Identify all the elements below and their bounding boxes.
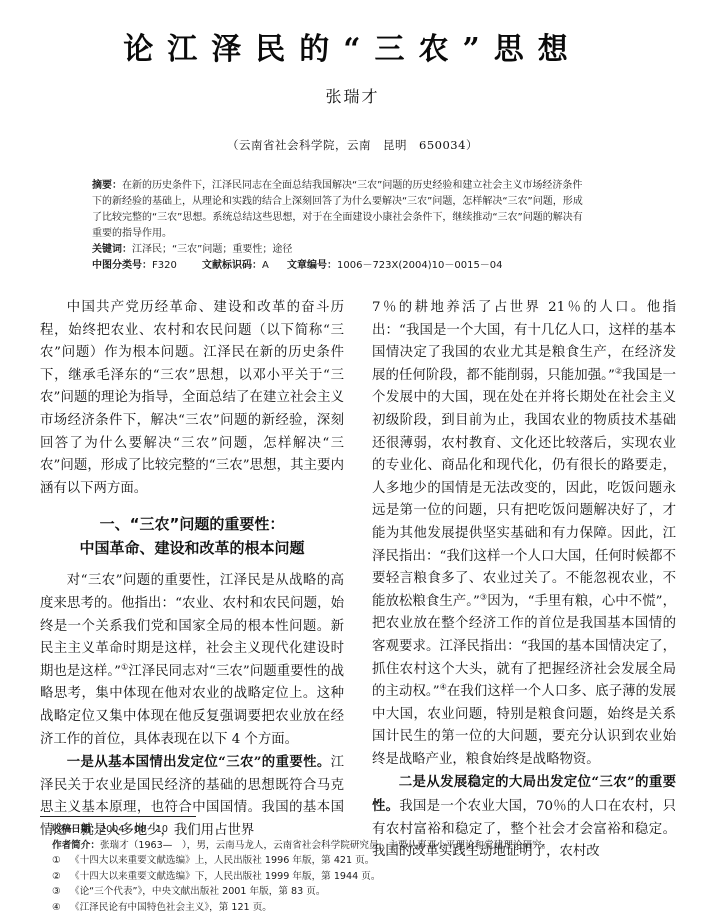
reference-number: ③: [52, 884, 70, 900]
article-title: 论江泽民的“三农”思想: [0, 24, 705, 68]
reference-item: ②《十四大以来重要文献选编》下，人民出版社 1999 年版，第 1944 页。: [52, 869, 652, 885]
footnotes-block: 收稿日期：2004－08－10 作者简介：张瑞才（1963— ），男，云南马龙人…: [52, 822, 652, 915]
clc-label: 中图分类号：: [92, 260, 152, 271]
reference-number: ④: [52, 900, 70, 916]
received-value: 2004－08－10: [100, 824, 168, 835]
body-column-right: 7％的耕地养活了占世界 21％的人口。他指出：“我国是一个大国，有十几亿人口，这…: [372, 297, 676, 864]
section-heading-line: 中国革命、建设和改革的根本问题: [40, 536, 344, 560]
received-date: 收稿日期：2004－08－10: [52, 822, 652, 838]
abstract-block: 摘要：在新的历史条件下，江泽民同志在全面总结我国解决“三农”问题的历史经验和建立…: [92, 178, 624, 274]
reference-number: ①: [52, 853, 70, 869]
keywords-line: 关键词：江泽民；“三农”问题；重要性；途径: [92, 242, 624, 258]
reference-text: 《十四大以来重要文献选编》下，人民出版社 1999 年版，第 1944 页。: [70, 871, 380, 882]
intro-paragraph: 中国共产党历经革命、建设和改革的奋斗历程，始终把农业、农村和农民问题（以下简称“…: [40, 297, 344, 500]
author-name: 张瑞才: [0, 84, 705, 107]
doc-code-label: 文献标识码：: [202, 260, 262, 271]
keywords-label: 关键词：: [92, 244, 132, 255]
section-heading-1: 一、“三农”问题的重要性： 中国革命、建设和改革的根本问题: [40, 512, 344, 560]
journal-page: 论江泽民的“三农”思想 张瑞才 （云南省社会科学院，云南 昆明 650034） …: [0, 0, 705, 920]
abstract-line: 重要的指导作用。: [92, 226, 624, 242]
article-number-label: 文章编号：: [287, 260, 337, 271]
clc-field: 中图分类号：F320: [92, 258, 202, 274]
paragraph-text: 我国是一个发展中的大国，现在处在并将长期处在社会主义初级阶段，到目前为止，我国农…: [372, 368, 676, 609]
author-affiliation: （云南省社会科学院，云南 昆明 650034）: [0, 137, 705, 153]
reference-item: ①《十四大以来重要文献选编》上，人民出版社 1996 年版，第 421 页。: [52, 853, 652, 869]
classification-row: 中图分类号：F320 文献标识码：A 文章编号：1006－723X(2004)1…: [92, 258, 624, 274]
reference-item: ③《论“三个代表”》，中央文献出版社 2001 年版，第 83 页。: [52, 884, 652, 900]
abstract-label: 摘要：: [92, 180, 122, 191]
article-number-value: 1006－723X(2004)10－0015－04: [337, 260, 503, 271]
body-paragraph: 对“三农”问题的重要性，江泽民是从战略的高度来思考的。他指出：“农业、农村和农民…: [40, 570, 344, 751]
bio-label: 作者简介：: [52, 840, 100, 851]
paragraph-lead: 一是从基本国情出发定位“三农”的重要性。: [67, 754, 331, 770]
clc-value: F320: [152, 260, 177, 271]
abstract-line: 了比较完整的“三农”思想。系统总结这些思想，对于在全面建设小康社会条件下，继续推…: [92, 210, 624, 226]
abstract-line: 摘要：在新的历史条件下，江泽民同志在全面总结我国解决“三农”问题的历史经验和建立…: [92, 178, 624, 194]
reference-text: 《论“三个代表”》，中央文献出版社 2001 年版，第 83 页。: [70, 886, 325, 897]
body-column-left: 中国共产党历经革命、建设和改革的奋斗历程，始终把农业、农村和农民问题（以下简称“…: [40, 297, 344, 842]
footnote-separator: [40, 816, 196, 817]
doc-code-value: A: [262, 260, 269, 271]
article-number-field: 文章编号：1006－723X(2004)10－0015－04: [287, 258, 624, 274]
section-heading-line: 一、“三农”问题的重要性：: [40, 512, 344, 536]
received-label: 收稿日期：: [52, 824, 100, 835]
footnote-marker: ④: [440, 683, 447, 692]
reference-number: ②: [52, 869, 70, 885]
body-paragraph: 7％的耕地养活了占世界 21％的人口。他指出：“我国是一个大国，有十几亿人口，这…: [372, 297, 676, 771]
reference-item: ④《江泽民论有中国特色社会主义》，第 121 页。: [52, 900, 652, 916]
abstract-line: 下的新经验的基础上，从理论和实践的结合上深刻回答了为什么要解决“三农”问题，怎样…: [92, 194, 624, 210]
bio-text: 张瑞才（1963— ），男，云南马龙人，云南省社会科学院研究员，主要从事邓小平理…: [100, 840, 551, 851]
author-bio: 作者简介：张瑞才（1963— ），男，云南马龙人，云南省社会科学院研究员，主要从…: [52, 838, 652, 854]
reference-text: 《江泽民论有中国特色社会主义》，第 121 页。: [70, 902, 272, 913]
keywords-text: 江泽民；“三农”问题；重要性；途径: [132, 244, 292, 255]
reference-text: 《十四大以来重要文献选编》上，人民出版社 1996 年版，第 421 页。: [70, 855, 374, 866]
doc-code-field: 文献标识码：A: [202, 258, 287, 274]
abstract-text: 在新的历史条件下，江泽民同志在全面总结我国解决“三农”问题的历史经验和建立社会主…: [122, 180, 582, 191]
